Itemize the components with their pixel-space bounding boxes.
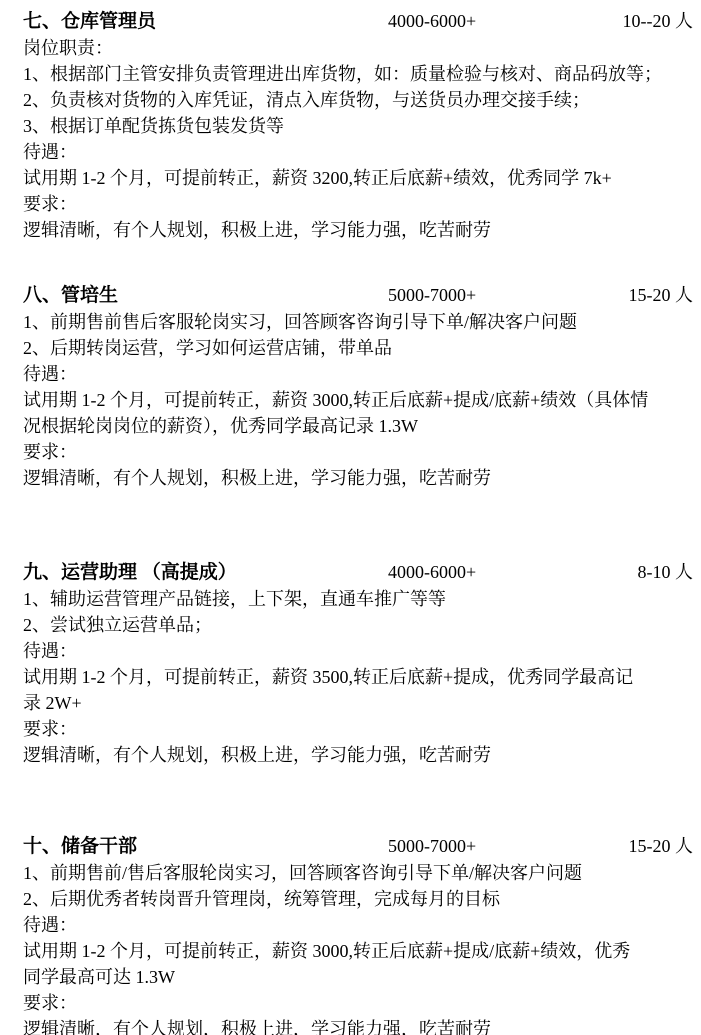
job-header: 九、运营助理 （高提成） 4000-6000+ 8-10 人: [23, 559, 693, 586]
job-benefits-label: 待遇：: [23, 912, 693, 938]
job-requirements-text: 逻辑清晰，有个人规划，积极上进，学习能力强，吃苦耐劳: [23, 1016, 693, 1035]
job-requirements-label: 要求：: [23, 716, 693, 742]
job-duties-label: 岗位职责：: [23, 35, 693, 61]
job-salary-range: 5000-7000+: [388, 282, 583, 308]
job-duty-item: 1、前期售前/售后客服轮岗实习，回答顾客咨询引导下单/解决客户问题: [23, 860, 693, 886]
job-header: 十、储备干部 5000-7000+ 15-20 人: [23, 833, 693, 860]
job-benefits-text: 试用期 1-2 个月，可提前转正，薪资 3500,转正后底薪+提成，优秀同学最高…: [23, 664, 693, 690]
job-section-operations-assistant: 九、运营助理 （高提成） 4000-6000+ 8-10 人 1、辅助运营管理产…: [23, 559, 693, 768]
job-title: 九、运营助理 （高提成）: [23, 560, 388, 586]
job-title: 十、储备干部: [23, 834, 388, 860]
job-duty-item: 3、根据订单配货拣货包装发货等: [23, 113, 693, 139]
job-requirements-label: 要求：: [23, 191, 693, 217]
job-benefits-text: 试用期 1-2 个月，可提前转正，薪资 3000,转正后底薪+提成/底薪+绩效（…: [23, 387, 693, 413]
job-benefits-text: 同学最高可达 1.3W: [23, 964, 693, 990]
job-headcount: 15-20 人: [583, 833, 693, 859]
job-salary-range: 4000-6000+: [388, 8, 583, 34]
job-requirements-label: 要求：: [23, 990, 693, 1016]
job-headcount: 15-20 人: [583, 282, 693, 308]
job-benefits-text: 录 2W+: [23, 690, 693, 716]
job-salary-range: 4000-6000+: [388, 559, 583, 585]
job-requirements-text: 逻辑清晰，有个人规划，积极上进，学习能力强，吃苦耐劳: [23, 742, 693, 768]
job-title: 八、管培生: [23, 283, 388, 309]
job-requirements-text: 逻辑清晰，有个人规划，积极上进，学习能力强，吃苦耐劳: [23, 465, 693, 491]
job-listing-document: 七、仓库管理员 4000-6000+ 10--20 人 岗位职责： 1、根据部门…: [0, 0, 701, 1035]
job-requirements-label: 要求：: [23, 439, 693, 465]
job-section-management-trainee: 八、管培生 5000-7000+ 15-20 人 1、前期售前售后客服轮岗实习，…: [23, 282, 693, 491]
job-benefits-text: 况根据轮岗岗位的薪资），优秀同学最高记录 1.3W: [23, 413, 693, 439]
job-benefits-label: 待遇：: [23, 638, 693, 664]
job-section-warehouse-manager: 七、仓库管理员 4000-6000+ 10--20 人 岗位职责： 1、根据部门…: [23, 8, 693, 243]
job-header: 八、管培生 5000-7000+ 15-20 人: [23, 282, 693, 309]
job-benefits-label: 待遇：: [23, 361, 693, 387]
job-duty-item: 1、前期售前售后客服轮岗实习，回答顾客咨询引导下单/解决客户问题: [23, 309, 693, 335]
job-headcount: 10--20 人: [583, 8, 693, 34]
job-duty-item: 2、后期优秀者转岗晋升管理岗，统筹管理，完成每月的目标: [23, 886, 693, 912]
job-duty-item: 1、根据部门主管安排负责管理进出库货物，如：质量检验与核对、商品码放等；: [23, 61, 693, 87]
job-headcount: 8-10 人: [583, 559, 693, 585]
job-section-reserve-cadre: 十、储备干部 5000-7000+ 15-20 人 1、前期售前/售后客服轮岗实…: [23, 833, 693, 1035]
job-benefits-text: 试用期 1-2 个月，可提前转正，薪资 3200,转正后底薪+绩效，优秀同学 7…: [23, 165, 693, 191]
job-benefits-label: 待遇：: [23, 139, 693, 165]
job-title: 七、仓库管理员: [23, 9, 388, 35]
job-duty-item: 1、辅助运营管理产品链接，上下架，直通车推广等等: [23, 586, 693, 612]
job-requirements-text: 逻辑清晰，有个人规划，积极上进，学习能力强，吃苦耐劳: [23, 217, 693, 243]
job-benefits-text: 试用期 1-2 个月，可提前转正，薪资 3000,转正后底薪+提成/底薪+绩效，…: [23, 938, 693, 964]
job-duty-item: 2、负责核对货物的入库凭证，清点入库货物，与送货员办理交接手续；: [23, 87, 693, 113]
job-duty-item: 2、尝试独立运营单品；: [23, 612, 693, 638]
job-header: 七、仓库管理员 4000-6000+ 10--20 人: [23, 8, 693, 35]
job-duty-item: 2、后期转岗运营，学习如何运营店铺，带单品: [23, 335, 693, 361]
job-salary-range: 5000-7000+: [388, 833, 583, 859]
